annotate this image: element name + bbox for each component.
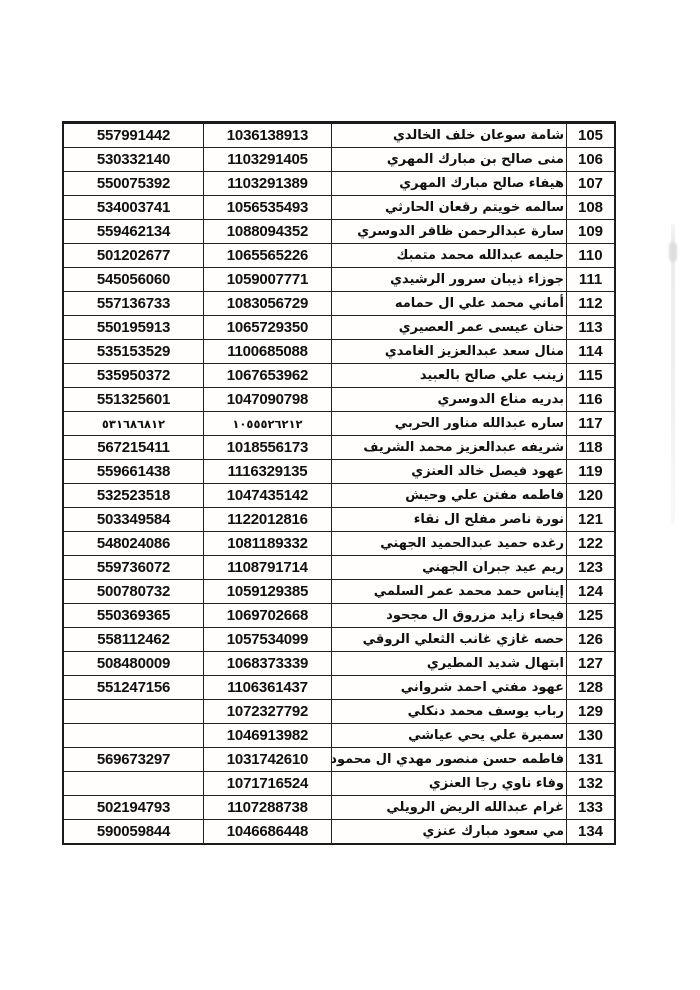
national-id-cell: 1067653962 (204, 364, 332, 387)
phone-cell: 559462134 (64, 220, 204, 243)
phone-cell: 569673297 (64, 748, 204, 771)
name-cell: سارة عبدالرحمن ظافر الدوسري (332, 220, 567, 243)
national-id-cell: 1047435142 (204, 484, 332, 507)
phone-cell: 535153529 (64, 340, 204, 363)
national-id-cell: 1057534099 (204, 628, 332, 651)
name-cell: غرام عبدالله الريض الرويلي (332, 796, 567, 819)
phone-cell: 551325601 (64, 388, 204, 411)
row-number-cell: 127 (567, 652, 614, 675)
row-number-cell: 131 (567, 748, 614, 771)
row-number-cell: 123 (567, 556, 614, 579)
phone-cell: 558112462 (64, 628, 204, 651)
name-cell: رباب يوسف محمد دنكلي (332, 700, 567, 723)
row-number-cell: 112 (567, 292, 614, 315)
table-row: 551247156 1106361437 عهود مفتي احمد شروا… (64, 676, 614, 700)
phone-cell: 530332140 (64, 148, 204, 171)
row-number-cell: 105 (567, 124, 614, 147)
row-number-cell: 120 (567, 484, 614, 507)
national-id-cell: 1047090798 (204, 388, 332, 411)
national-id-cell: 1116329135 (204, 460, 332, 483)
national-id-cell: 1069702668 (204, 604, 332, 627)
name-cell: فاطمه مفتن علي وحيش (332, 484, 567, 507)
name-cell: سالمه خويتم رقعان الحارثي (332, 196, 567, 219)
table-row: 1071716524 وفاء ناوي رجا العنزي 132 (64, 772, 614, 796)
national-id-cell: 1018556173 (204, 436, 332, 459)
row-number-cell: 128 (567, 676, 614, 699)
row-number-cell: 111 (567, 268, 614, 291)
name-cell: شريفه عبدالعزيز محمد الشريف (332, 436, 567, 459)
table-row: 559661438 1116329135 عهود فيصل خالد العن… (64, 460, 614, 484)
phone-cell: 557991442 (64, 124, 204, 147)
row-number-cell: 117 (567, 412, 614, 435)
name-cell: منال سعد عبدالعزيز الغامدي (332, 340, 567, 363)
roster-table: 557991442 1036138913 شامة سوعان خلف الخا… (62, 121, 616, 845)
phone-cell: 557136733 (64, 292, 204, 315)
national-id-cell: 1103291405 (204, 148, 332, 171)
name-cell: إيناس حمد محمد عمر السلمي (332, 580, 567, 603)
name-cell: فاطمه حسن منصور مهدي ال محمود (332, 748, 567, 771)
name-cell: فيحاء زايد مزروق ال مجحود (332, 604, 567, 627)
table-row: 557136733 1083056729 أماني محمد علي ال ح… (64, 292, 614, 316)
table-row: 1046913982 سميرة علي يحي عياشي 130 (64, 724, 614, 748)
national-id-cell: 1059007771 (204, 268, 332, 291)
national-id-cell: 1103291389 (204, 172, 332, 195)
phone-cell: 503349584 (64, 508, 204, 531)
name-cell: حنان عيسى عمر العصيري (332, 316, 567, 339)
national-id-cell: 1107288738 (204, 796, 332, 819)
national-id-cell: 1059129385 (204, 580, 332, 603)
row-number-cell: 121 (567, 508, 614, 531)
table-row: 545056060 1059007771 جوزاء ذيبان سرور ال… (64, 268, 614, 292)
national-id-cell: 1046913982 (204, 724, 332, 747)
table-row: 535153529 1100685088 منال سعد عبدالعزيز … (64, 340, 614, 364)
name-cell: منى صالح بن مبارك المهري (332, 148, 567, 171)
phone-cell (64, 700, 204, 723)
national-id-cell: 1065729350 (204, 316, 332, 339)
table-row: 502194793 1107288738 غرام عبدالله الريض … (64, 796, 614, 820)
row-number-cell: 118 (567, 436, 614, 459)
name-cell: جوزاء ذيبان سرور الرشيدي (332, 268, 567, 291)
name-cell: هيفاء صالح مبارك المهري (332, 172, 567, 195)
phone-cell: 590059844 (64, 820, 204, 843)
table-row: 551325601 1047090798 بدريه مناع الدوسري … (64, 388, 614, 412)
table-row: 503349584 1122012816 نورة ناصر مفلح ال ن… (64, 508, 614, 532)
name-cell: ساره عبدالله مناور الحربي (332, 412, 567, 435)
row-number-cell: 124 (567, 580, 614, 603)
phone-cell: 567215411 (64, 436, 204, 459)
phone-cell: 550195913 (64, 316, 204, 339)
table-row: 550369365 1069702668 فيحاء زايد مزروق ال… (64, 604, 614, 628)
row-number-cell: 115 (567, 364, 614, 387)
national-id-cell: 1122012816 (204, 508, 332, 531)
row-number-cell: 113 (567, 316, 614, 339)
phone-cell: 551247156 (64, 676, 204, 699)
table-row: 559462134 1088094352 سارة عبدالرحمن ظافر… (64, 220, 614, 244)
phone-cell: 500780732 (64, 580, 204, 603)
phone-cell: 502194793 (64, 796, 204, 819)
phone-cell: 508480009 (64, 652, 204, 675)
name-cell: حليمه عبدالله محمد متمبك (332, 244, 567, 267)
row-number-cell: 132 (567, 772, 614, 795)
table-row: 500780732 1059129385 إيناس حمد محمد عمر … (64, 580, 614, 604)
name-cell: عهود فيصل خالد العنزي (332, 460, 567, 483)
row-number-cell: 109 (567, 220, 614, 243)
name-cell: وفاء ناوي رجا العنزي (332, 772, 567, 795)
table-row: 567215411 1018556173 شريفه عبدالعزيز محم… (64, 436, 614, 460)
name-cell: رغده حميد عبدالحميد الجهني (332, 532, 567, 555)
scan-artifact-streak (671, 224, 675, 524)
national-id-cell: 1072327792 (204, 700, 332, 723)
phone-cell (64, 724, 204, 747)
national-id-cell: 1031742610 (204, 748, 332, 771)
name-cell: بدريه مناع الدوسري (332, 388, 567, 411)
scan-artifact-smudge (669, 242, 677, 262)
row-number-cell: 129 (567, 700, 614, 723)
phone-cell: 501202677 (64, 244, 204, 267)
row-number-cell: 130 (567, 724, 614, 747)
name-cell: سميرة علي يحي عياشي (332, 724, 567, 747)
table-row: 558112462 1057534099 حصه غازي غانب الثعل… (64, 628, 614, 652)
table-row: 534003741 1056535493 سالمه خويتم رقعان ا… (64, 196, 614, 220)
row-number-cell: 122 (567, 532, 614, 555)
table-row: 1072327792 رباب يوسف محمد دنكلي 129 (64, 700, 614, 724)
name-cell: ابتهال شديد المطيري (332, 652, 567, 675)
table-row: 557991442 1036138913 شامة سوعان خلف الخا… (64, 124, 614, 148)
table-row: 550075392 1103291389 هيفاء صالح مبارك ال… (64, 172, 614, 196)
phone-cell: 535950372 (64, 364, 204, 387)
document-page: 557991442 1036138913 شامة سوعان خلف الخا… (0, 0, 700, 990)
table-row: 559736072 1108791714 ريم عيد جبران الجهن… (64, 556, 614, 580)
name-cell: حصه غازي غانب الثعلي الروقي (332, 628, 567, 651)
name-cell: عهود مفتي احمد شرواني (332, 676, 567, 699)
name-cell: نورة ناصر مفلح ال نقاء (332, 508, 567, 531)
national-id-cell: 1046686448 (204, 820, 332, 843)
name-cell: ريم عيد جبران الجهني (332, 556, 567, 579)
national-id-cell: 1036138913 (204, 124, 332, 147)
row-number-cell: 126 (567, 628, 614, 651)
name-cell: مي سعود مبارك عنزي (332, 820, 567, 843)
row-number-cell: 119 (567, 460, 614, 483)
national-id-cell: 1108791714 (204, 556, 332, 579)
national-id-cell: 1056535493 (204, 196, 332, 219)
row-number-cell: 134 (567, 820, 614, 843)
row-number-cell: 114 (567, 340, 614, 363)
table-row: 550195913 1065729350 حنان عيسى عمر العصي… (64, 316, 614, 340)
national-id-cell: ١٠٥٥٥٢٦٢١٢ (204, 412, 332, 435)
phone-cell (64, 772, 204, 795)
phone-cell: ٥٣١٦٨٦٨١٢ (64, 412, 204, 435)
table-row: 530332140 1103291405 منى صالح بن مبارك ا… (64, 148, 614, 172)
national-id-cell: 1068373339 (204, 652, 332, 675)
table-row: ٥٣١٦٨٦٨١٢ ١٠٥٥٥٢٦٢١٢ ساره عبدالله مناور … (64, 412, 614, 436)
phone-cell: 559736072 (64, 556, 204, 579)
row-number-cell: 106 (567, 148, 614, 171)
name-cell: زينب علي صالح بالعبيد (332, 364, 567, 387)
national-id-cell: 1106361437 (204, 676, 332, 699)
phone-cell: 545056060 (64, 268, 204, 291)
table-row: 532523518 1047435142 فاطمه مفتن علي وحيش… (64, 484, 614, 508)
national-id-cell: 1088094352 (204, 220, 332, 243)
phone-cell: 532523518 (64, 484, 204, 507)
row-number-cell: 107 (567, 172, 614, 195)
row-number-cell: 108 (567, 196, 614, 219)
national-id-cell: 1065565226 (204, 244, 332, 267)
phone-cell: 548024086 (64, 532, 204, 555)
name-cell: شامة سوعان خلف الخالدي (332, 124, 567, 147)
phone-cell: 550369365 (64, 604, 204, 627)
row-number-cell: 125 (567, 604, 614, 627)
phone-cell: 559661438 (64, 460, 204, 483)
name-cell: أماني محمد علي ال حمامه (332, 292, 567, 315)
table-row: 501202677 1065565226 حليمه عبدالله محمد … (64, 244, 614, 268)
row-number-cell: 133 (567, 796, 614, 819)
row-number-cell: 116 (567, 388, 614, 411)
row-number-cell: 110 (567, 244, 614, 267)
phone-cell: 534003741 (64, 196, 204, 219)
national-id-cell: 1071716524 (204, 772, 332, 795)
table-row: 548024086 1081189332 رغده حميد عبدالحميد… (64, 532, 614, 556)
national-id-cell: 1083056729 (204, 292, 332, 315)
phone-cell: 550075392 (64, 172, 204, 195)
table-row: 590059844 1046686448 مي سعود مبارك عنزي … (64, 820, 614, 843)
national-id-cell: 1100685088 (204, 340, 332, 363)
table-row: 508480009 1068373339 ابتهال شديد المطيري… (64, 652, 614, 676)
national-id-cell: 1081189332 (204, 532, 332, 555)
table-row: 535950372 1067653962 زينب علي صالح بالعب… (64, 364, 614, 388)
table-row: 569673297 1031742610 فاطمه حسن منصور مهد… (64, 748, 614, 772)
